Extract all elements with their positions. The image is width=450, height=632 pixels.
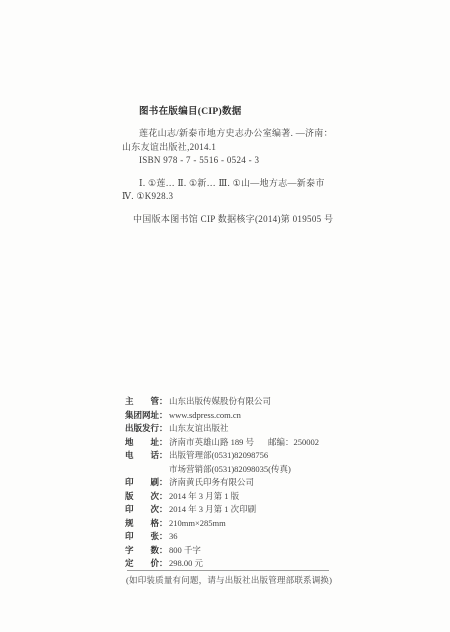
colophon-label: 集团网址： [125, 409, 169, 423]
colophon-row-sheets: 印 张： 36 [125, 530, 415, 544]
cip-record-line: 莲花山志/新泰市地方史志办公室编著. —济南： [122, 127, 372, 141]
quality-note: (如印装质量有问题，请与出版社出版管理部联系调换) [126, 574, 332, 586]
colophon-label: 主 管： [125, 395, 169, 409]
colophon-value: 出版管理部(0531)82098756 [169, 449, 268, 463]
colophon-value: 山东出版传媒股份有限公司 [169, 395, 271, 409]
cip-classification-line: Ⅰ. ①莲… Ⅱ. ①新… Ⅲ. ①山—地方志—新泰市 [122, 177, 372, 191]
colophon-row-phone-marketing: 市场营销部(0531)82098035(传真) [125, 463, 415, 477]
cip-isbn-line: ISBN 978 - 7 - 5516 - 0524 - 3 [122, 154, 372, 168]
colophon-row-word-count: 字 数： 800 千字 [125, 544, 415, 558]
colophon-label: 定 价： [125, 557, 169, 571]
cip-record-line: 山东友谊出版社,2014.1 [122, 141, 372, 155]
cip-heading: 图书在版编目(CIP)数据 [122, 103, 372, 117]
cip-block: 图书在版编目(CIP)数据 莲花山志/新泰市地方史志办公室编著. —济南： 山东… [122, 103, 372, 226]
colophon-value: 山东友谊出版社 [169, 422, 229, 436]
colophon-label: 电 话： [125, 449, 169, 463]
colophon-row-supervisor: 主 管： 山东出版传媒股份有限公司 [125, 395, 415, 409]
colophon-value: 市场营销部(0531)82098035(传真) [169, 463, 291, 477]
colophon-value: 36 [169, 530, 178, 544]
colophon-row-group-website: 集团网址： www.sdpress.com.cn [125, 409, 415, 423]
cip-record-number-line: 中国版本图书馆 CIP 数据核字(2014)第 019505 号 [122, 213, 372, 227]
colophon-row-phone: 电 话： 出版管理部(0531)82098756 [125, 449, 415, 463]
colophon-label: 版 次： [125, 490, 169, 504]
colophon-label: 地 址： [125, 436, 169, 450]
divider-line [127, 570, 329, 571]
colophon-row-address: 地 址： 济南市英雄山路 189 号 邮编：250002 [125, 436, 415, 450]
colophon-value: 298.00 元 [169, 557, 203, 571]
colophon-value: 210mm×285mm [169, 517, 226, 531]
postcode-value: 邮编：250002 [268, 436, 319, 450]
colophon-row-printer: 印 刷： 济南黄氏印务有限公司 [125, 476, 415, 490]
colophon-row-edition: 版 次： 2014 年 3 月第 1 版 [125, 490, 415, 504]
book-copyright-page: 图书在版编目(CIP)数据 莲花山志/新泰市地方史志办公室编著. —济南： 山东… [0, 0, 450, 632]
cip-classification-line: Ⅳ. ①K928.3 [122, 190, 372, 204]
colophon-label: 印 张： [125, 530, 169, 544]
colophon-label: 字 数： [125, 544, 169, 558]
colophon-value: 济南市英雄山路 189 号 [169, 436, 254, 450]
colophon-value: 济南黄氏印务有限公司 [169, 476, 254, 490]
colophon-block: 主 管： 山东出版传媒股份有限公司 集团网址： www.sdpress.com.… [125, 395, 415, 571]
colophon-value: www.sdpress.com.cn [169, 409, 241, 423]
colophon-row-publisher: 出版发行： 山东友谊出版社 [125, 422, 415, 436]
colophon-value: 2014 年 3 月第 1 次印刷 [169, 503, 256, 517]
colophon-label: 出版发行： [125, 422, 169, 436]
colophon-row-format: 规 格： 210mm×285mm [125, 517, 415, 531]
colophon-label: 印 刷： [125, 476, 169, 490]
colophon-value: 2014 年 3 月第 1 版 [169, 490, 239, 504]
colophon-row-price: 定 价： 298.00 元 [125, 557, 415, 571]
colophon-label: 印 次： [125, 503, 169, 517]
colophon-value: 800 千字 [169, 544, 201, 558]
colophon-label: 规 格： [125, 517, 169, 531]
colophon-row-printing: 印 次： 2014 年 3 月第 1 次印刷 [125, 503, 415, 517]
